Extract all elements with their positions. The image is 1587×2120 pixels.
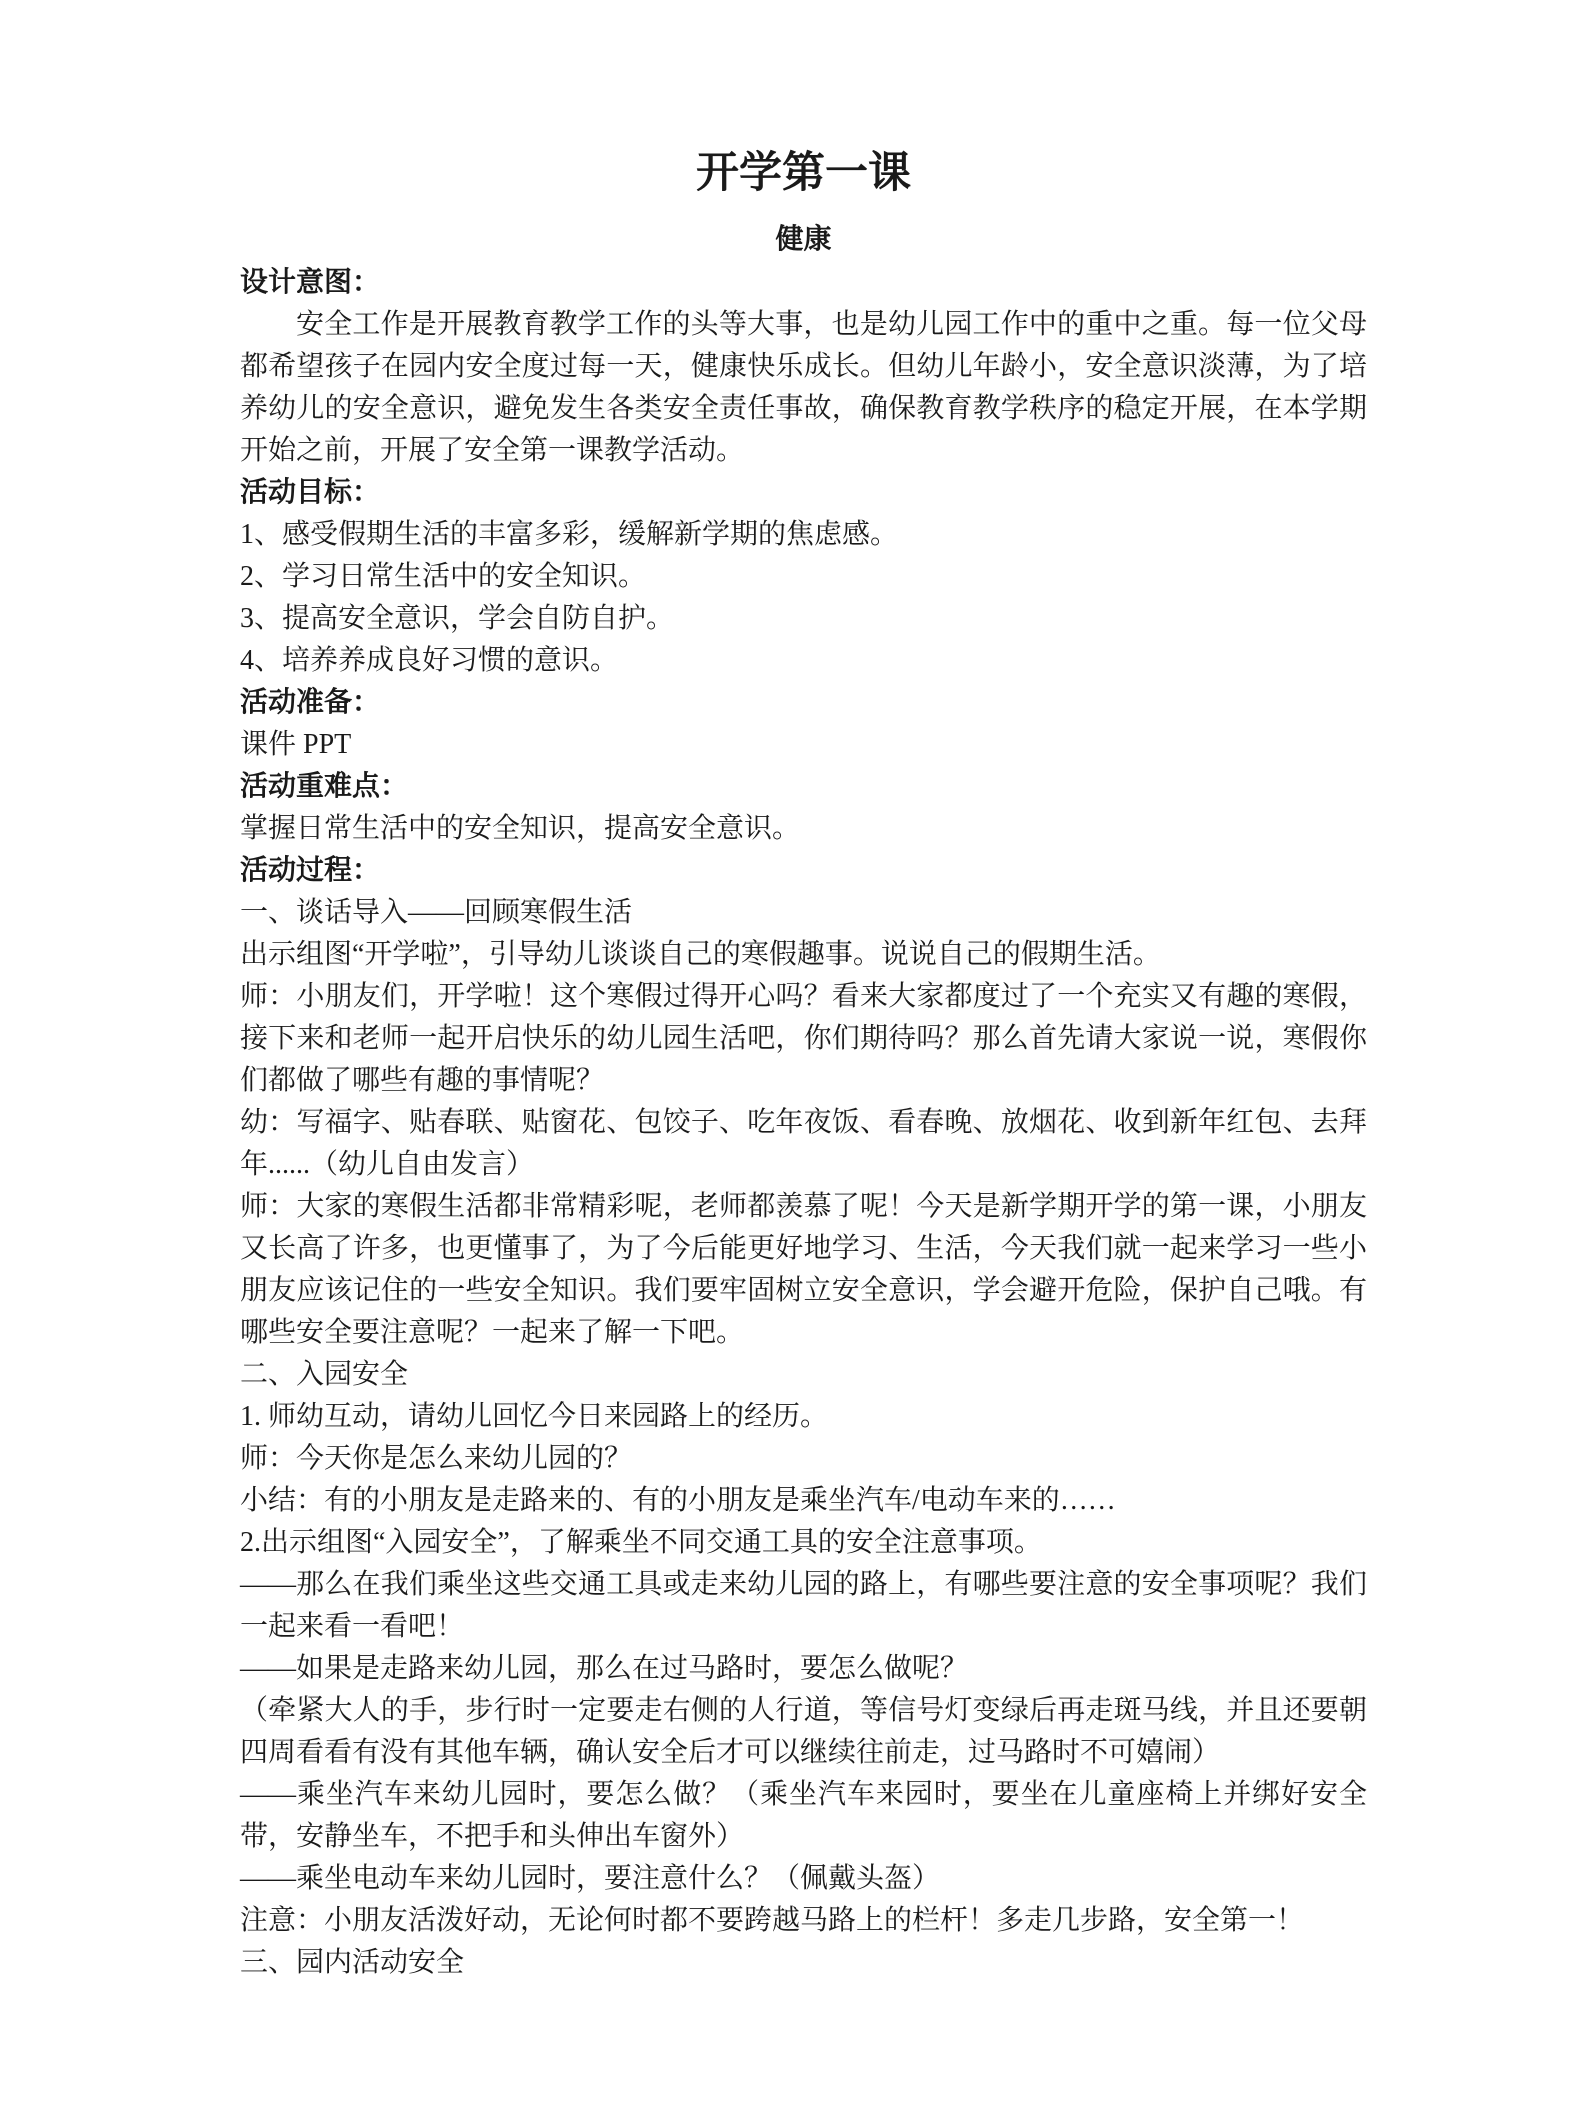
para-teacher-transition: 师：大家的寒假生活都非常精彩呢，老师都羡慕了呢！今天是新学期开学的第一课，小朋友… — [240, 1186, 1367, 1354]
para-design-intent: 安全工作是开展教育教学工作的头等大事，也是幼儿园工作中的重中之重。每一位父母都希… — [240, 304, 1367, 472]
section-1-title: 一、谈话导入——回顾寒假生活 — [240, 892, 1367, 934]
para-key-difficulties: 掌握日常生活中的安全知识，提高安全意识。 — [240, 808, 1367, 850]
para-transport-safety-question: ——那么在我们乘坐这些交通工具或走来幼儿园的路上，有哪些要注意的安全事项呢？我们… — [240, 1564, 1367, 1648]
heading-activity-process: 活动过程： — [240, 850, 1367, 892]
goal-item-3: 3、提高安全意识，学会自防自护。 — [240, 598, 1367, 640]
goal-item-4: 4、培养养成良好习惯的意识。 — [240, 640, 1367, 682]
para-recall-route: 1. 师幼互动，请幼儿回忆今日来园路上的经历。 — [240, 1396, 1367, 1438]
goal-item-1: 1、感受假期生活的丰富多彩，缓解新学期的焦虑感。 — [240, 514, 1367, 556]
para-walking-question: ——如果是走路来幼儿园，那么在过马路时，要怎么做呢？ — [240, 1648, 1367, 1690]
heading-key-difficulties: 活动重难点： — [240, 766, 1367, 808]
para-ebike-question: ——乘坐电动车来幼儿园时，要注意什么？（佩戴头盔） — [240, 1858, 1367, 1900]
para-teacher-question: 师：今天你是怎么来幼儿园的？ — [240, 1438, 1367, 1480]
section-3-title: 三、园内活动安全 — [240, 1942, 1367, 1984]
heading-activity-preparation: 活动准备： — [240, 682, 1367, 724]
para-show-pictures-entry-safety: 2.出示组图“入园安全”，了解乘坐不同交通工具的安全注意事项。 — [240, 1522, 1367, 1564]
para-show-pictures: 出示组图“开学啦”，引导幼儿谈谈自己的寒假趣事。说说自己的假期生活。 — [240, 934, 1367, 976]
para-summary-transport: 小结：有的小朋友是走路来的、有的小朋友是乘坐汽车/电动车来的…… — [240, 1480, 1367, 1522]
para-car-question-answer: ——乘坐汽车来幼儿园时，要怎么做？（乘坐汽车来园时，要坐在儿童座椅上并绑好安全带… — [240, 1774, 1367, 1858]
doc-title: 开学第一课 — [240, 142, 1367, 206]
document-page: 开学第一课 健康 设计意图： 安全工作是开展教育教学工作的头等大事，也是幼儿园工… — [0, 0, 1587, 2120]
goal-item-2: 2、学习日常生活中的安全知识。 — [240, 556, 1367, 598]
heading-activity-goals: 活动目标： — [240, 472, 1367, 514]
para-safety-note: 注意：小朋友活泼好动，无论何时都不要跨越马路上的栏杆！多走几步路，安全第一！ — [240, 1900, 1367, 1942]
para-preparation-ppt: 课件 PPT — [240, 724, 1367, 766]
section-2-title: 二、入园安全 — [240, 1354, 1367, 1396]
heading-design-intent: 设计意图： — [240, 262, 1367, 304]
doc-subtitle: 健康 — [240, 218, 1367, 262]
para-children-answers: 幼：写福字、贴春联、贴窗花、包饺子、吃年夜饭、看春晚、放烟花、收到新年红包、去拜… — [240, 1102, 1367, 1186]
para-walking-answer: （牵紧大人的手，步行时一定要走右侧的人行道，等信号灯变绿后再走斑马线，并且还要朝… — [240, 1690, 1367, 1774]
para-teacher-opening: 师：小朋友们，开学啦！这个寒假过得开心吗？看来大家都度过了一个充实又有趣的寒假，… — [240, 976, 1367, 1102]
